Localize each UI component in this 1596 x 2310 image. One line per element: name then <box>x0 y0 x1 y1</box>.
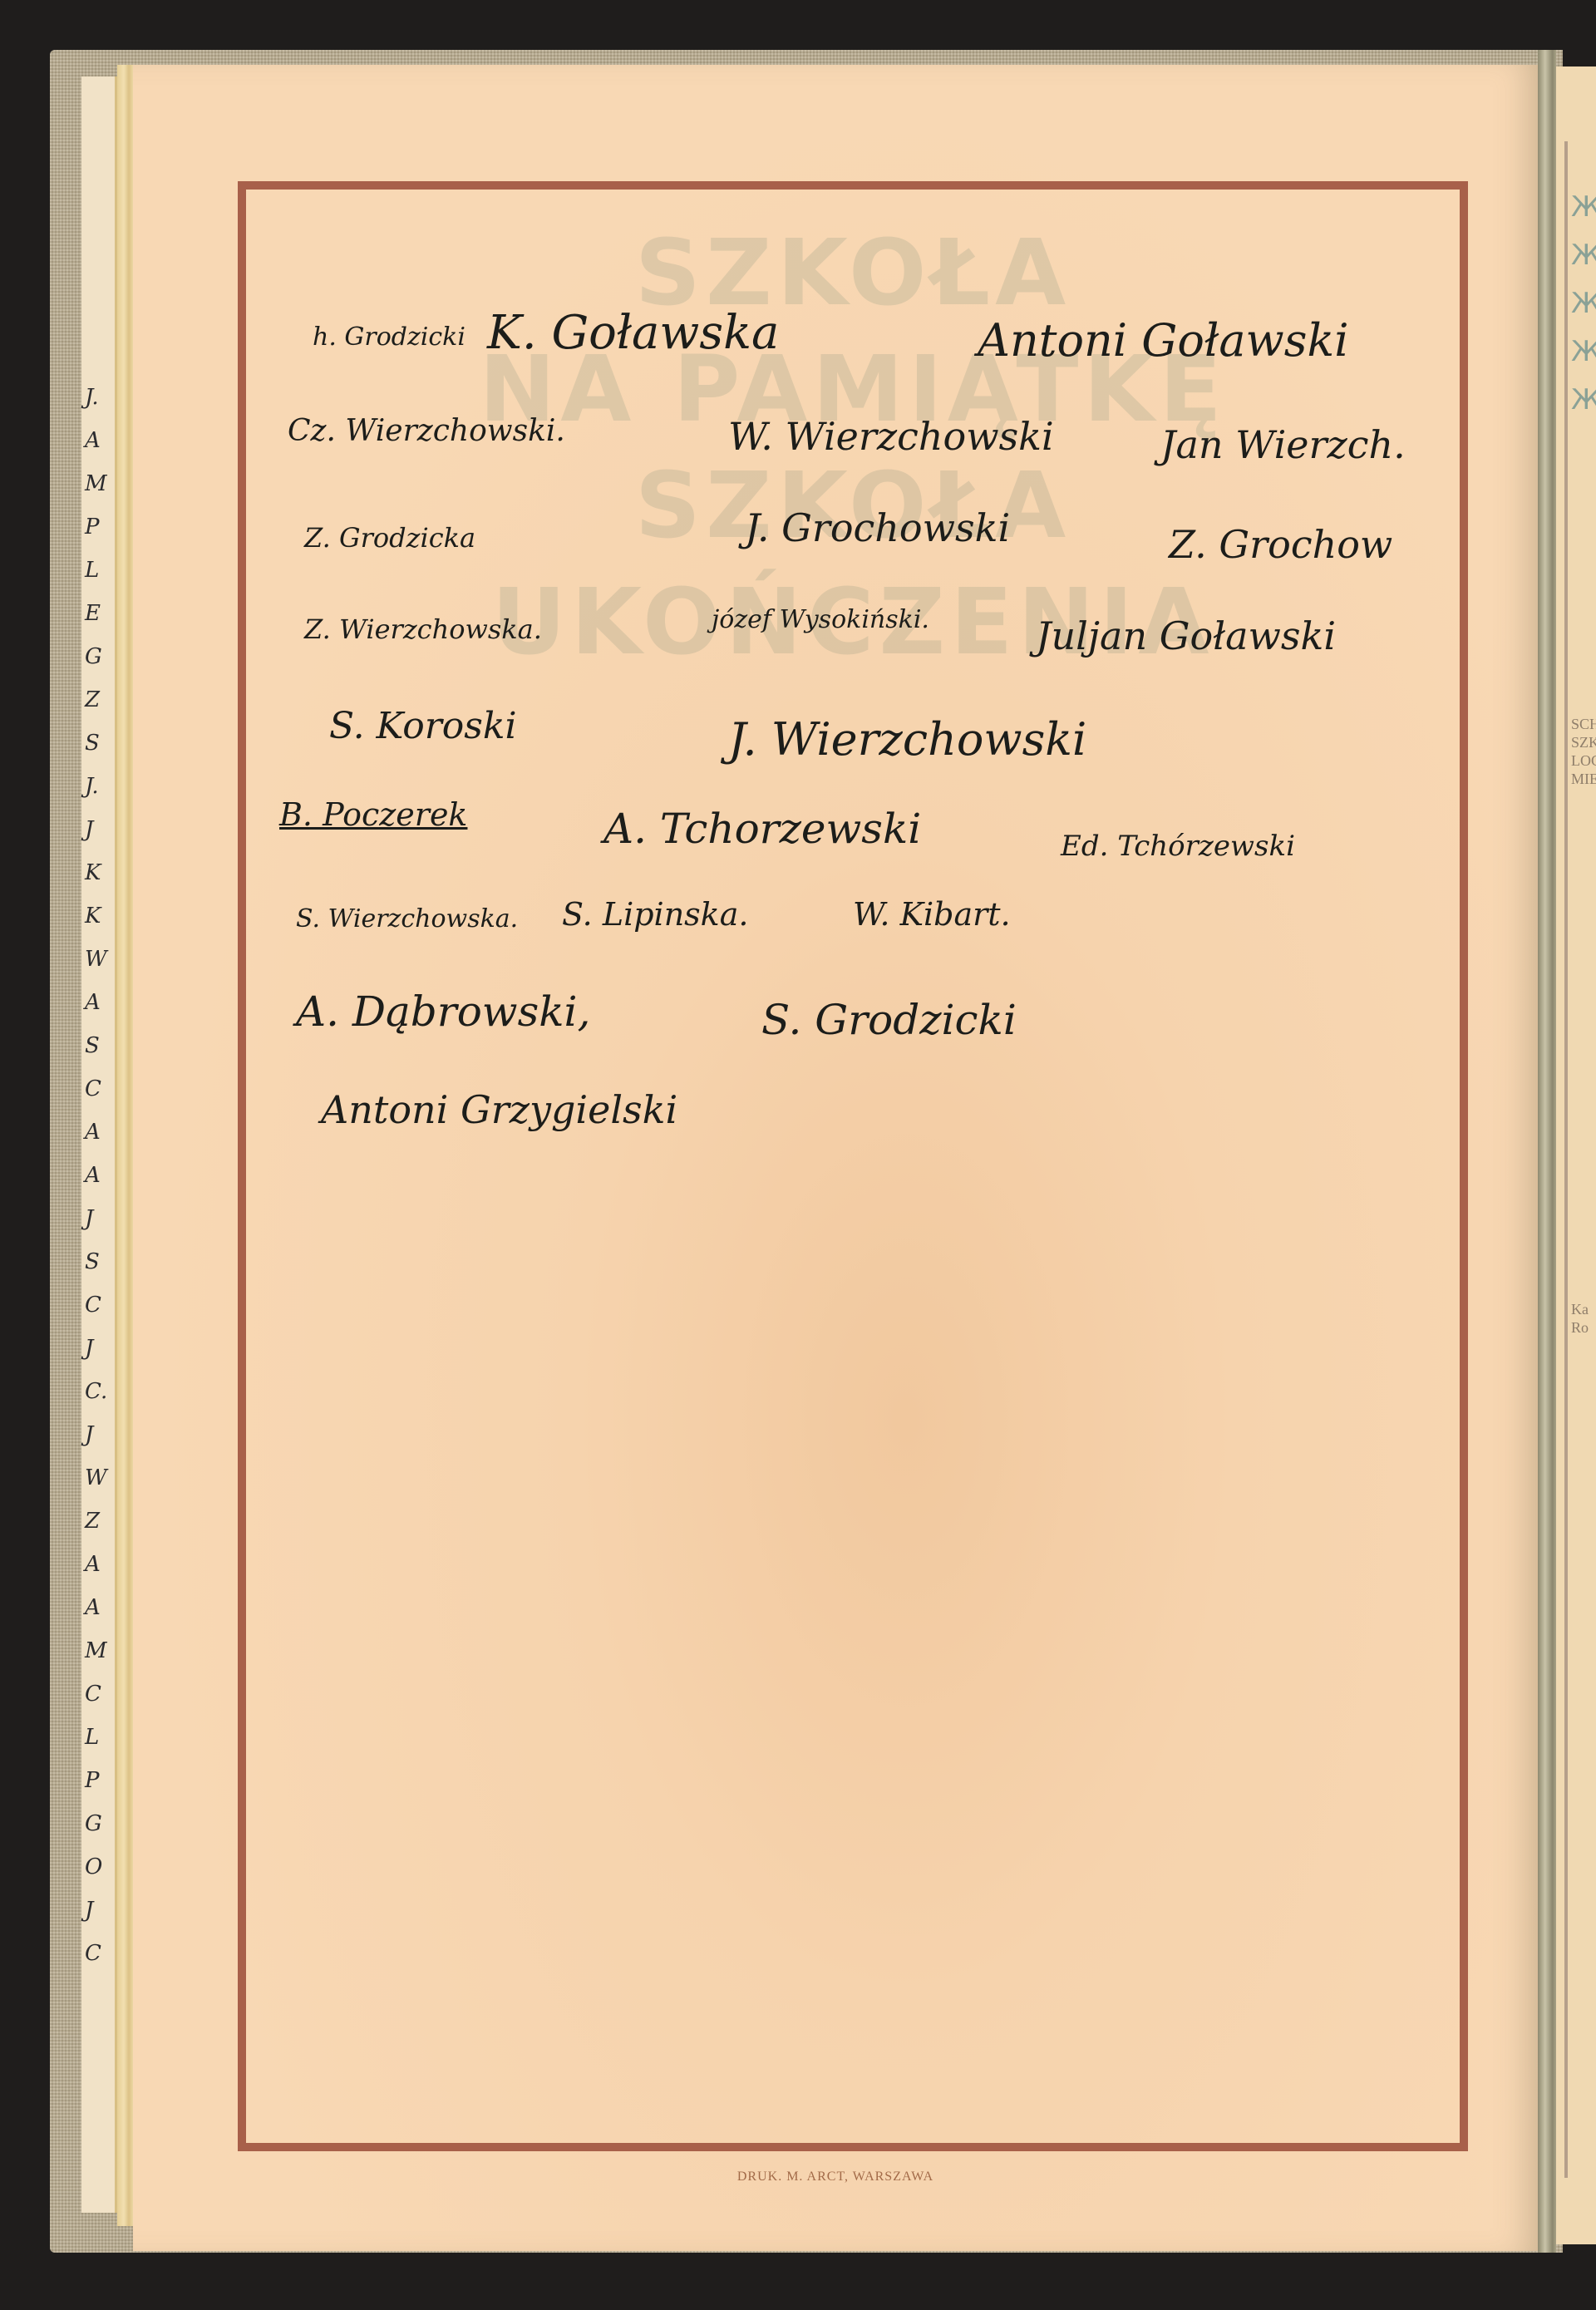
facing-text-fragments: SCHO SZKO LOCA MIEJ Ka Ro <box>1571 715 1596 1337</box>
signature-page: SZKOŁA NA PAMIĄTKĘ SZKOŁA UKOŃCZENIA h. … <box>133 65 1538 2251</box>
page-edges <box>117 65 134 2226</box>
signature: Z. Grodzicka <box>304 522 475 554</box>
signature: Cz. Wierzchowski. <box>288 414 565 448</box>
flyleaf-letters: J. A M P L E G Z S J. J K K W A S C A A … <box>85 376 113 1975</box>
signature: A. Dąbrowski, <box>296 988 590 1036</box>
signature: józef Wysokiński. <box>712 605 929 634</box>
signature: h. Grodzicki <box>313 323 465 352</box>
printer-imprint: DRUK. M. ARCT, WARSZAWA <box>133 2170 1538 2184</box>
watermark-line: SZKOŁA <box>279 214 1426 331</box>
signature: S. Lipinska. <box>562 896 748 933</box>
signature: B. Poczerek <box>279 796 467 833</box>
signature: Ed. Tchórzewski <box>1061 830 1295 863</box>
signature: S. Koroski <box>329 705 517 747</box>
signature: Antoni Goławski <box>978 314 1348 367</box>
signature: Z. Grochow <box>1169 522 1392 567</box>
signature: W. Kibart. <box>853 896 1011 933</box>
signature: Jan Wierzch. <box>1160 422 1406 467</box>
facing-page-edge: Ж Ж Ж Ж Ж SCHO SZKO LOCA MIEJ Ka Ro <box>1556 66 1596 2244</box>
flyleaf-strip: J. A M P L E G Z S J. J K K W A S C A A … <box>81 76 117 2213</box>
signature: A. Tchorzewski <box>603 805 921 853</box>
signature: S. Grodzicki <box>761 996 1017 1044</box>
signature: J. Wierzchowski <box>728 713 1086 766</box>
facing-ornament: Ж Ж Ж Ж Ж <box>1571 183 1596 424</box>
signature: J. Grochowski <box>745 505 1010 550</box>
page-border-frame: SZKOŁA NA PAMIĄTKĘ SZKOŁA UKOŃCZENIA h. … <box>238 181 1468 2151</box>
book-gutter <box>1538 50 1556 2253</box>
signature: Z. Wierzchowska. <box>304 613 542 645</box>
signature: K. Goławska <box>487 306 779 360</box>
signature: Juljan Goławski <box>1036 613 1336 658</box>
signature: S. Wierzchowska. <box>296 904 518 933</box>
signature: W. Wierzchowski <box>728 414 1054 459</box>
signature: Antoni Grzygielski <box>321 1087 677 1132</box>
